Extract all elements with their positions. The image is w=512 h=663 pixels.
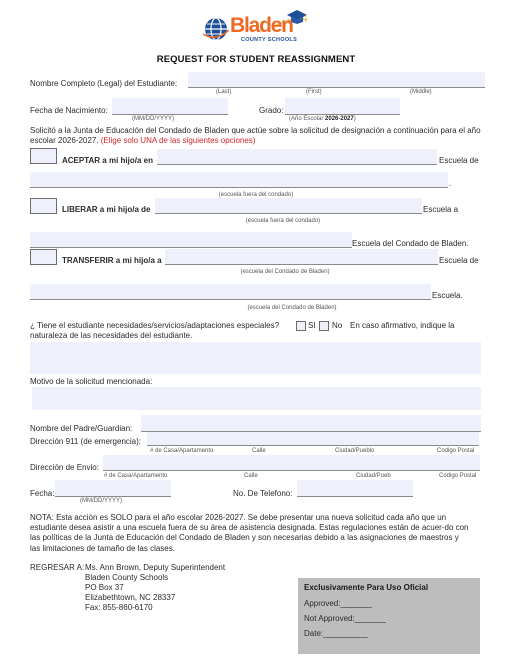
return-line: Elizabethtown, NC 28337 — [85, 593, 225, 603]
official-not-approved: Not Approved:_______ — [304, 614, 386, 624]
transfer-hint-2: (escuela del Condado de Bladen) — [0, 305, 512, 312]
transfer-school-field[interactable] — [165, 249, 438, 265]
student-name-sublabel-first: (First) — [306, 89, 322, 96]
guardian-name-field[interactable] — [141, 415, 481, 432]
reason-field[interactable] — [32, 387, 481, 410]
release-label: LIBERAR a mi hijo/a de — [62, 205, 150, 215]
address911-sublabel-city: Ciudad/Pueblo — [335, 448, 374, 455]
return-label: REGRESAR A: — [30, 563, 84, 573]
official-use-box: Exclusivamente Para Uso Oficial Approved… — [298, 578, 480, 654]
accept-line-end: . — [449, 179, 451, 189]
reason-label: Motivo de la solicitud mencionada: — [30, 377, 152, 387]
grade-label: Grado: — [259, 106, 283, 116]
grade-hint: (Año Escolar 2026-2027) — [289, 116, 356, 123]
return-line: PO Box 37 — [85, 583, 225, 593]
mailing-field[interactable] — [103, 455, 480, 471]
needs-yes-label: SI — [308, 321, 316, 331]
date-label: Fecha: — [30, 489, 54, 499]
needs-followup: En caso afirmativo, indique la — [350, 321, 455, 331]
address911-sublabel-street: Calle — [252, 448, 266, 455]
phone-label: No. De Telefono: — [233, 489, 292, 499]
needs-no-label: No — [332, 321, 342, 331]
release-checkbox[interactable] — [30, 198, 57, 214]
transfer-checkbox[interactable] — [30, 249, 57, 265]
transfer-bladen-school-field[interactable] — [30, 284, 431, 300]
accept-label: ACEPTAR a mi hijo/a en — [62, 156, 153, 166]
mailing-sublabel-street: Calle — [244, 473, 258, 480]
mailing-label: Dirección de Envio: — [30, 463, 99, 473]
transfer-hint: (escuela del Condado de Bladen) — [0, 269, 512, 276]
return-line: Bladen County Schools — [85, 573, 225, 583]
student-name-field[interactable] — [188, 72, 485, 88]
note-text: NOTA: Esta acción es SOLO para el año es… — [30, 513, 470, 554]
request-instruction: (Elige solo UNA de las siguientes opcion… — [101, 136, 256, 145]
logo-wordmark: Bladen — [230, 15, 293, 37]
official-date: Date:__________ — [304, 629, 368, 639]
mailing-sublabel-zip: Codigo Postal — [439, 473, 476, 480]
needs-no-checkbox[interactable] — [319, 321, 329, 331]
dob-hint: (MM/DD/YYYY) — [132, 116, 174, 123]
return-line: Ms. Ann Brown, Deputy Superintendent — [85, 563, 225, 573]
mailing-sublabel-city: Ciudad/Pueb — [356, 473, 391, 480]
release-hint: (escuela fuera del condado) — [0, 218, 512, 225]
release-line-end: Escuela del Condado de Bladen. — [352, 239, 469, 249]
grade-field[interactable] — [285, 98, 400, 115]
release-after-label: Escuela a — [423, 205, 458, 215]
dob-label: Fecha de Nacimiento: — [30, 106, 108, 116]
address911-sublabel-zip: Codigo Postal — [437, 448, 474, 455]
needs-question: ¿ Tiene el estudiante necesidades/servic… — [30, 321, 279, 331]
logo: Bladen COUNTY SCHOOLS — [203, 8, 313, 48]
guardian-name-label: Nombre del Padre/Guardian: — [30, 424, 132, 434]
request-intro: Solicitó a la Junta de Educación del Con… — [30, 126, 490, 146]
official-approved: Approved:_______ — [304, 599, 372, 609]
transfer-after-label: Escuela de — [439, 256, 479, 266]
date-field[interactable] — [55, 480, 171, 497]
transfer-line-end: Escuela. — [432, 291, 463, 301]
date-hint: (MM/DD/YYYY) — [80, 498, 122, 505]
accept-school-field[interactable] — [157, 149, 437, 165]
student-name-sublabel-last: (Last) — [216, 89, 231, 96]
release-bladen-school-field[interactable] — [30, 232, 352, 248]
transfer-label: TRANSFERIR a mi hijo/a a — [62, 256, 162, 266]
release-school-field[interactable] — [155, 198, 422, 214]
accept-after-label: Escuela de — [439, 156, 479, 166]
address911-field[interactable] — [147, 432, 479, 446]
page-title: REQUEST FOR STUDENT REASSIGNMENT — [0, 54, 512, 65]
needs-details-field[interactable] — [30, 342, 481, 374]
official-use-title: Exclusivamente Para Uso Oficial — [304, 583, 428, 593]
needs-yes-checkbox[interactable] — [296, 321, 306, 331]
accept-out-of-county-field[interactable] — [30, 172, 448, 188]
mailing-sublabel-house: # de Casa/Apartamento — [104, 473, 167, 480]
dob-field[interactable] — [112, 98, 228, 115]
phone-field[interactable] — [297, 480, 413, 497]
needs-followup-line2: naturaleza de las necesidades del estudi… — [30, 331, 192, 341]
grade-hint-year: 2026-2027 — [325, 116, 354, 122]
student-name-label: Nombre Completo (Legal) del Estudiante: — [30, 79, 177, 89]
student-name-sublabel-middle: (Middle) — [410, 89, 432, 96]
logo-subtitle: COUNTY SCHOOLS — [241, 37, 297, 43]
return-address: Ms. Ann Brown, Deputy Superintendent Bla… — [85, 563, 225, 613]
address911-label: Dirección 911 (de emergencia): — [30, 437, 141, 447]
accept-checkbox[interactable] — [30, 148, 57, 164]
globe-icon — [203, 16, 229, 42]
return-line: Fax: 855-860-6170 — [85, 603, 225, 613]
address911-sublabel-house: # de Casa/Apartamento — [150, 448, 213, 455]
